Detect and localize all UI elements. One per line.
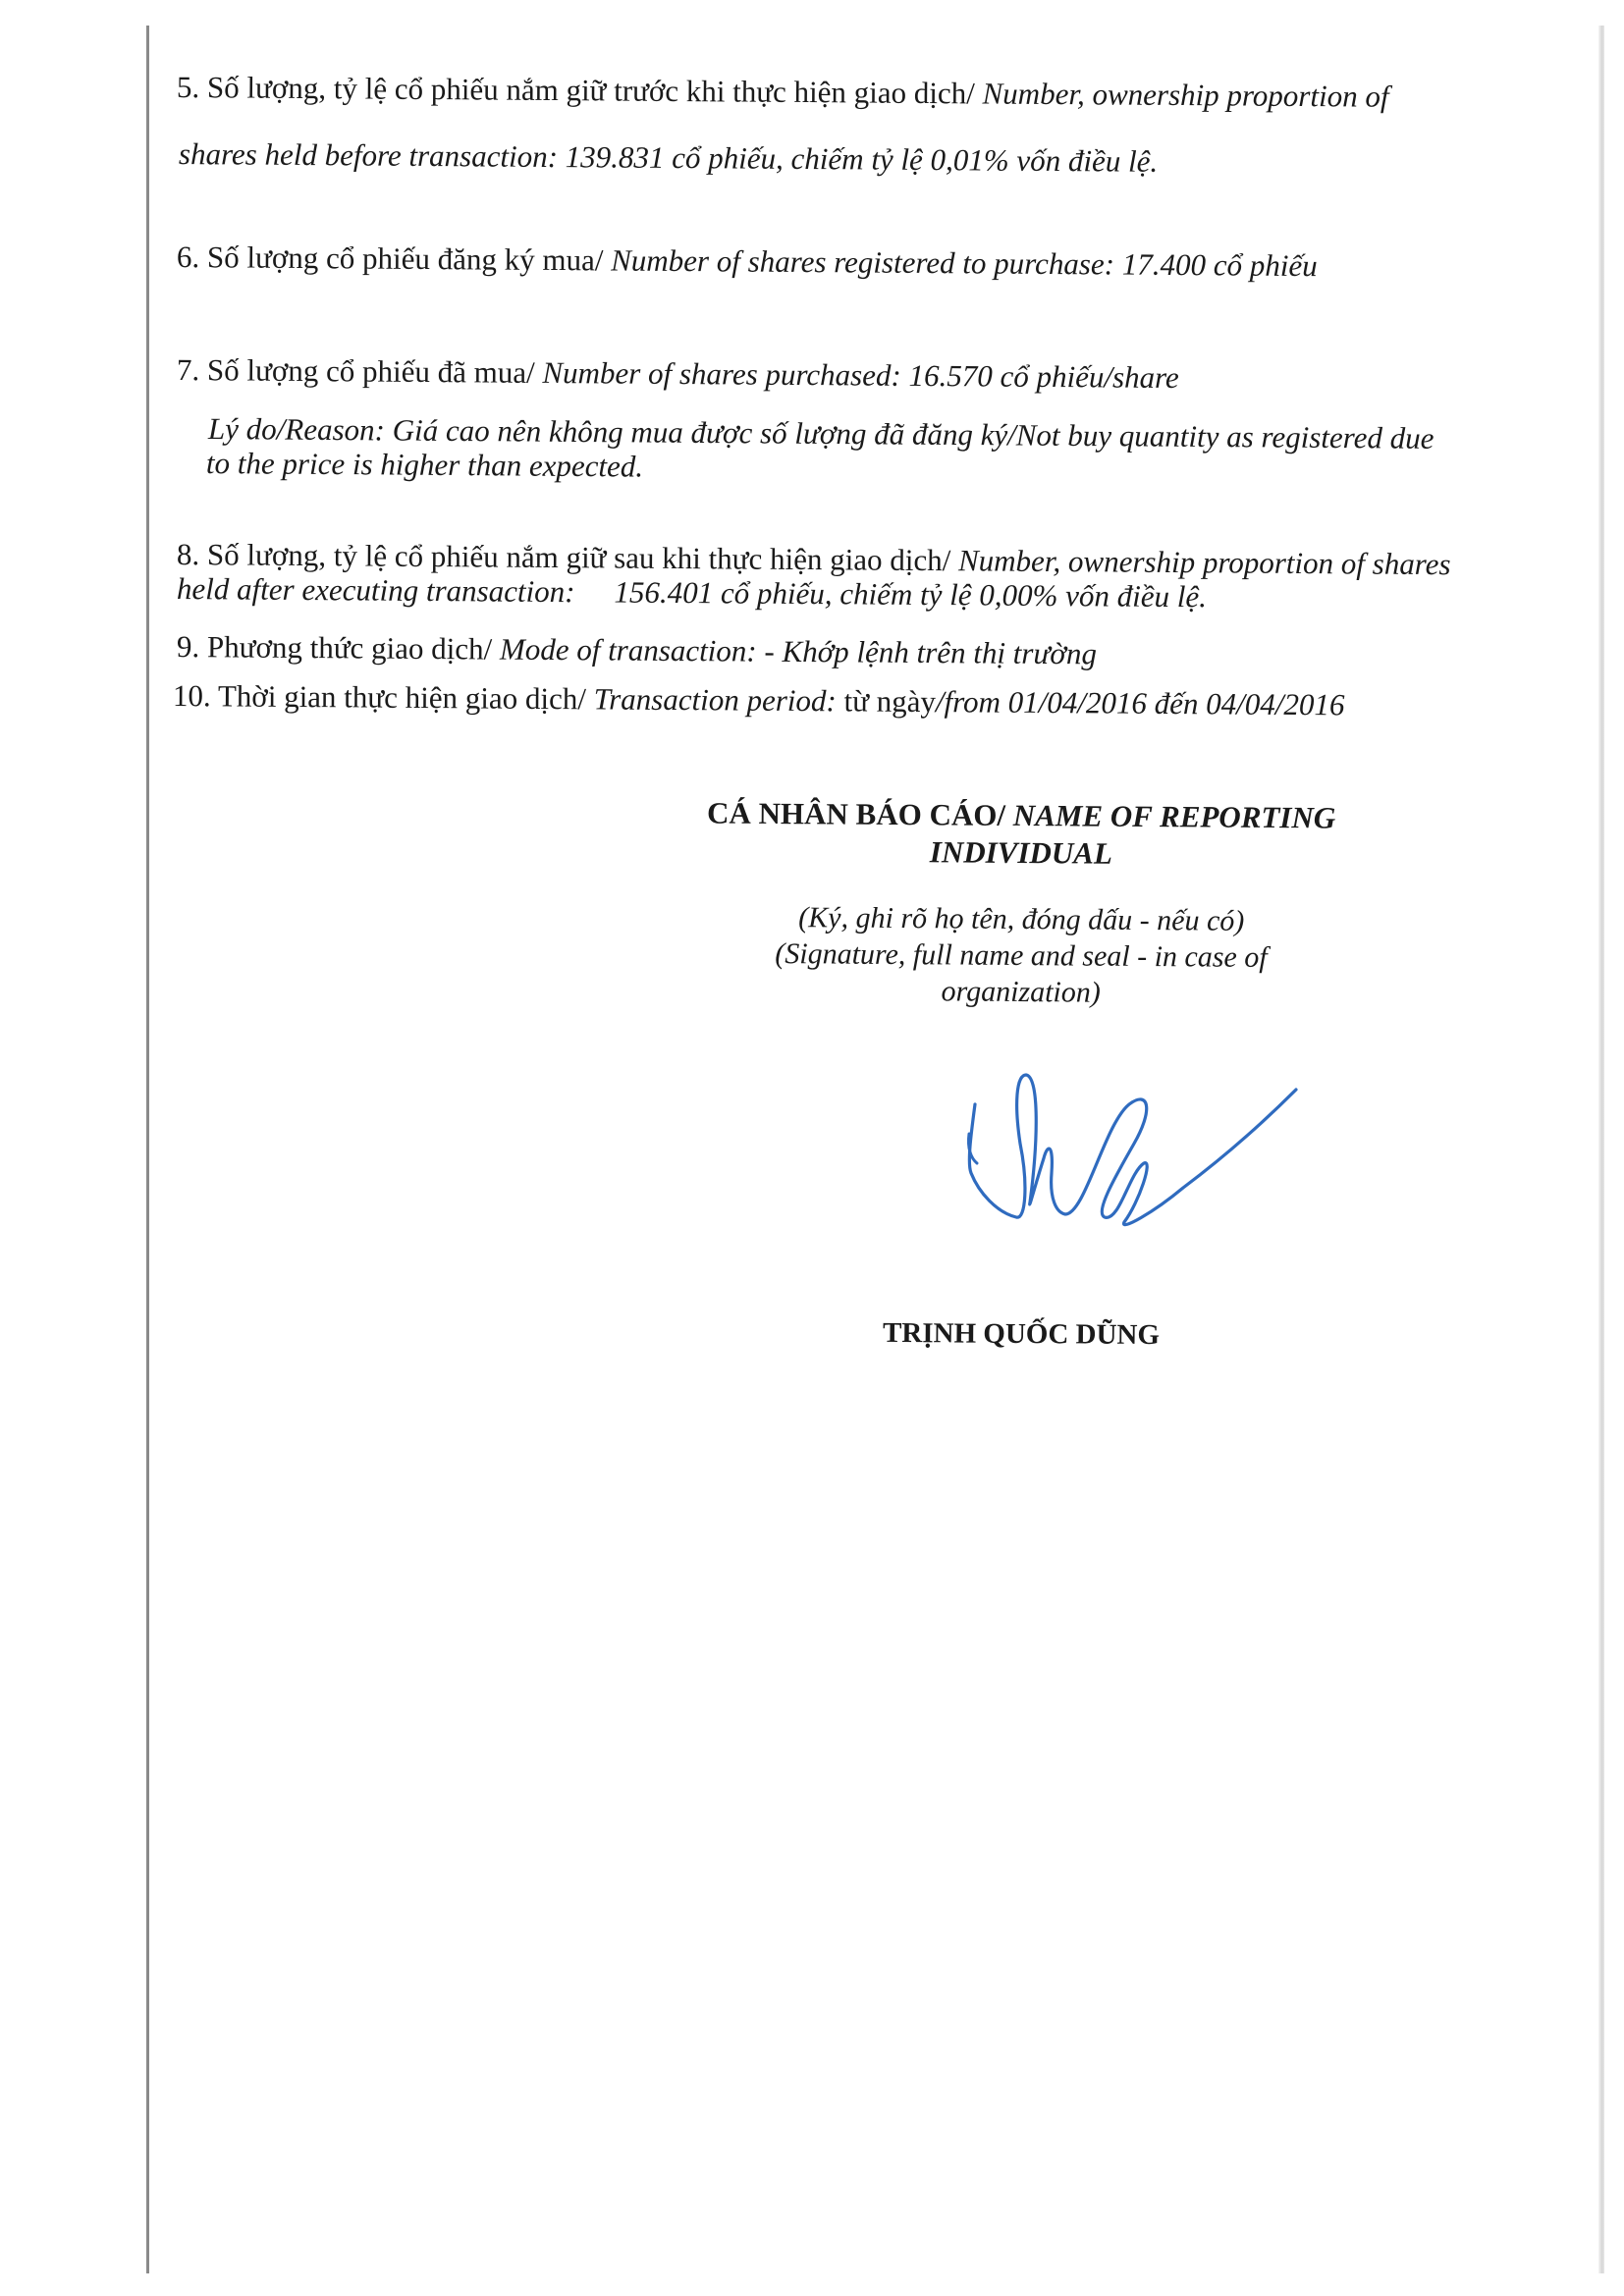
item-number: 6.	[177, 240, 200, 274]
signature-title-en: NAME OF REPORTING	[1013, 798, 1336, 835]
page-edge-right	[1598, 26, 1604, 2273]
item-label-vi: Thời gian thực hiện giao dịch/	[218, 678, 594, 716]
signature-title-vi: CÁ NHÂN BÁO CÁO/	[707, 795, 1013, 831]
item-from-vi: từ ngày	[843, 683, 936, 719]
item-label-vi: Số lượng, tỷ lệ cổ phiếu nắm giữ trước k…	[207, 70, 983, 110]
item-label-en: Number, ownership proportion of shares	[958, 543, 1451, 581]
item-10: 10. Thời gian thực hiện giao dịch/ Trans…	[173, 679, 1345, 721]
item-5-line-1: 5. Số lượng, tỷ lệ cổ phiếu nắm giữ trướ…	[177, 71, 1389, 114]
item-number: 8.	[177, 537, 200, 571]
item-label-en: held after executing transaction:	[177, 571, 575, 609]
item-number: 7.	[177, 352, 200, 387]
item-number: 10.	[173, 678, 211, 713]
item-label-en: Number of shares registered to purchase:…	[611, 242, 1318, 283]
item-9: 9. Phương thức giao dịch/ Mode of transa…	[177, 630, 1097, 670]
signatory-name: TRỊNH QUỐC DŨNG	[638, 1314, 1404, 1354]
item-7: 7. Số lượng cổ phiếu đã mua/ Number of s…	[177, 353, 1179, 395]
item-number: 9.	[177, 629, 200, 664]
signature-heading: CÁ NHÂN BÁO CÁO/ NAME OF REPORTING INDIV…	[638, 794, 1405, 875]
item-period-value: /from 01/04/2016 đến 04/04/2016	[936, 684, 1345, 721]
signature-instructions: (Ký, ghi rõ họ tên, đóng dấu - nếu có) (…	[638, 898, 1405, 1013]
item-label-en: Number, ownership proportion of	[982, 76, 1388, 113]
item-label-en: Number of shares purchased: 16.570 cổ ph…	[542, 355, 1179, 395]
signature-title-line-2: INDIVIDUAL	[638, 831, 1404, 875]
item-8-line-2: held after executing transaction:156.401…	[177, 572, 1207, 614]
signature-title-line-1: CÁ NHÂN BÁO CÁO/ NAME OF REPORTING	[638, 794, 1404, 837]
page-edge-left	[146, 26, 149, 2273]
item-label-vi: Số lượng, tỷ lệ cổ phiếu nắm giữ sau khi…	[207, 537, 958, 577]
handwritten-signature	[957, 1065, 1311, 1242]
signature-note-en-line-1: (Signature, full name and seal - in case…	[638, 934, 1404, 977]
item-label-vi: Phương thức giao dịch/	[207, 629, 500, 666]
item-label-vi: Số lượng cổ phiếu đăng ký mua/	[207, 240, 611, 277]
item-label-vi: Số lượng cổ phiếu đã mua/	[207, 352, 543, 390]
signature-note-vi: (Ký, ghi rõ họ tên, đóng dấu - nếu có)	[638, 898, 1404, 940]
item-6: 6. Số lượng cổ phiếu đăng ký mua/ Number…	[177, 240, 1318, 283]
item-7-reason-line-2: to the price is higher than expected.	[206, 447, 643, 483]
signatory-name-block: TRỊNH QUỐC DŨNG	[638, 1314, 1404, 1354]
item-number: 5.	[177, 70, 200, 104]
item-value: 156.401 cổ phiếu, chiếm tỷ lệ 0,00% vốn …	[614, 574, 1207, 614]
item-5-line-2: shares held before transaction: 139.831 …	[179, 137, 1158, 179]
item-label-en: Transaction period:	[594, 681, 844, 718]
document-page: 5. Số lượng, tỷ lệ cổ phiếu nắm giữ trướ…	[0, 0, 1624, 2296]
signature-note-en-line-2: organization)	[638, 971, 1404, 1013]
item-label-en: Mode of transaction: - Khớp lệnh trên th…	[500, 632, 1097, 671]
